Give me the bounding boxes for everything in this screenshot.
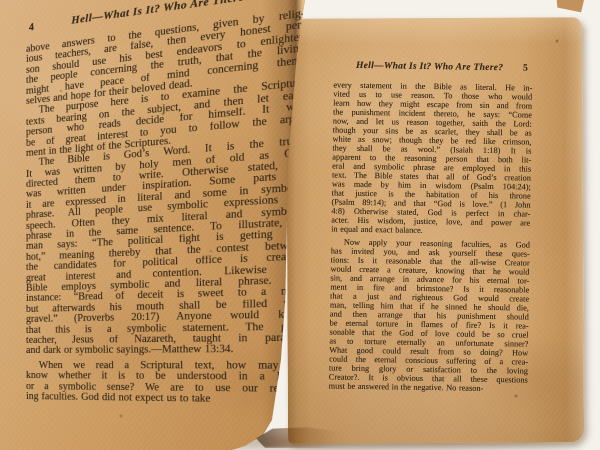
open-book-photo: Hell—What Is It? Who Are There? 5 every … bbox=[0, 0, 600, 450]
back-page-corner bbox=[555, 0, 584, 13]
paragraph: The Bible is God’s Word. It is the truth… bbox=[26, 136, 305, 357]
right-page: Hell—What Is It? Who Are There? 5 every … bbox=[286, 17, 584, 444]
right-page-number: 5 bbox=[523, 63, 528, 73]
right-running-title: Hell—What Is It? Who Are There? bbox=[356, 61, 503, 73]
right-page-header: Hell—What Is It? Who Are There? 5 bbox=[330, 60, 529, 73]
right-page-text: every statement in the Bible as literal.… bbox=[329, 80, 533, 393]
paragraph: every statement in the Bible as literal.… bbox=[331, 80, 532, 236]
paragraph: Now apply your reasoning faculties, as G… bbox=[329, 237, 530, 393]
text-line: and dark or symbolic sayings.—Matthew 13… bbox=[26, 344, 305, 356]
text-line: teacher, Jesus of Nazareth, taught in pa… bbox=[26, 333, 305, 346]
left-page-text-block: 4 Hell—What Is It? Who Are There? above … bbox=[26, 0, 305, 424]
left-page: 4 Hell—What Is It? Who Are There? above … bbox=[0, 0, 308, 450]
paragraph: When we read a Scriptural text, how may … bbox=[26, 361, 305, 407]
left-page-text: above answers to the questions, given by… bbox=[26, 9, 305, 407]
left-page-number: 4 bbox=[29, 22, 34, 34]
